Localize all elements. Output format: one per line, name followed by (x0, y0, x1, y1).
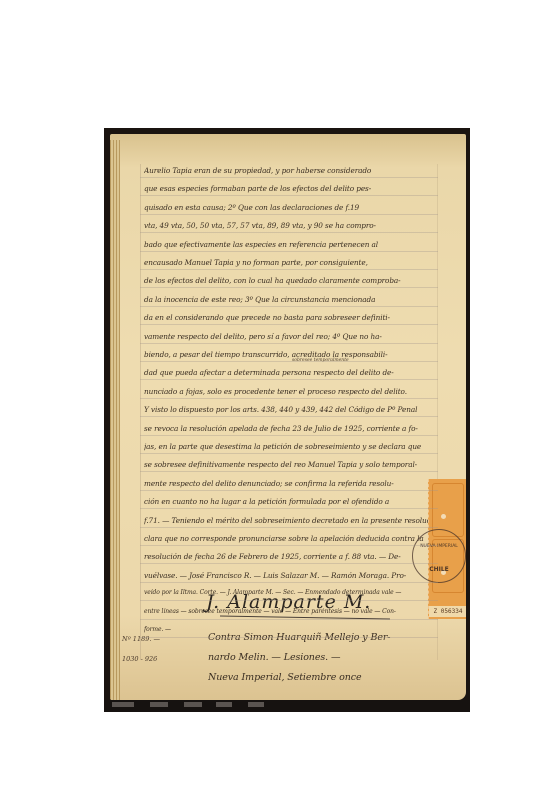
handwritten-line: da en el considerando que precede no bas… (144, 313, 436, 322)
left-margin-rule (140, 164, 141, 660)
ruled-line (140, 379, 438, 380)
ruled-line (140, 600, 438, 601)
handwritten-line: vuélvase. — José Francisco R. — Luis Sal… (144, 571, 436, 580)
ruled-line (140, 232, 438, 233)
postmark: NUEVA IMPERIAL CHILE (412, 529, 466, 583)
margin-entry-ref: 1030 - 926 (122, 655, 157, 663)
handwritten-line: Y visto lo dispuesto por los arts. 438, … (144, 405, 436, 414)
handwritten-line: se sobresee definitivamente respecto del… (144, 460, 436, 469)
handwritten-line: clara que no corresponde pronunciarse so… (144, 534, 436, 543)
ruled-line (140, 471, 438, 472)
handwritten-line: mente respecto del delito denunciado; se… (144, 479, 436, 488)
ruled-line (140, 361, 438, 362)
ruled-line (140, 637, 438, 638)
next-entry-line: nardo Melin. — Lesiones. — (208, 652, 436, 663)
ruled-line (140, 195, 438, 196)
ruled-line (140, 508, 438, 509)
stamp-serial: Z 056334 (429, 606, 466, 617)
handwritten-line: se revoca la resolución apelada de fecha… (144, 424, 436, 433)
ruled-line (140, 453, 438, 454)
handwritten-line: ción en cuanto no ha lugar a la petición… (144, 497, 436, 506)
handwritten-line: nunciado a fojas, solo es procedente ten… (144, 387, 436, 396)
handwritten-line: vta, 49 vta, 50, 50 vta, 57, 57 vta, 89,… (144, 221, 436, 230)
handwritten-line: Aurelio Tapia eran de su propiedad, y po… (144, 166, 436, 175)
handwritten-line: quisado en esta causa; 2º Que con las de… (144, 203, 436, 212)
ruled-line (140, 398, 438, 399)
document-photograph: Aurelio Tapia eran de su propiedad, y po… (104, 128, 470, 712)
ruled-line (140, 416, 438, 417)
handwritten-line: da la inocencia de este reo; 3º Que la c… (144, 295, 436, 304)
ruled-line (140, 490, 438, 491)
ruled-line (140, 214, 438, 215)
color-scale-bar (104, 700, 470, 712)
ruled-line (140, 619, 438, 620)
ruled-line (140, 435, 438, 436)
handwritten-line: biendo, a pesar del tiempo transcurrido,… (144, 350, 436, 359)
ruled-line (140, 287, 438, 288)
next-entry-line: Nueva Imperial, Setiembre once (208, 672, 436, 683)
ruled-line (140, 563, 438, 564)
page-edges (110, 140, 120, 700)
ruled-line (140, 251, 438, 252)
ledger-page: Aurelio Tapia eran de su propiedad, y po… (110, 134, 466, 700)
handwritten-line: f.71. — Teniendo el mérito del sobreseim… (144, 516, 436, 525)
handwritten-line: que esas especies formaban parte de los … (144, 184, 436, 193)
ruled-line (140, 527, 438, 528)
signature: J. Alamparte M. (206, 591, 371, 613)
handwritten-line: bado que efectivamente las especies en r… (144, 240, 436, 249)
ruled-line (140, 306, 438, 307)
ruled-line (140, 324, 438, 325)
handwritten-line: encausado Manuel Tapia y no forman parte… (144, 258, 436, 267)
handwritten-line: jas, en la parte que desestima la petici… (144, 442, 436, 451)
handwritten-line: resolución de fecha 26 de Febrero de 192… (144, 552, 436, 561)
handwritten-line: vamente respecto del delito, pero sí a f… (144, 332, 436, 341)
ruled-line (140, 343, 438, 344)
ruled-line (140, 545, 438, 546)
ruled-line (140, 177, 438, 178)
handwritten-line: dad que pueda afectar a determinada pers… (144, 368, 436, 377)
ruled-line (140, 269, 438, 270)
ruled-line (140, 582, 438, 583)
handwritten-line: de los efectos del delito, con lo cual h… (144, 276, 436, 285)
